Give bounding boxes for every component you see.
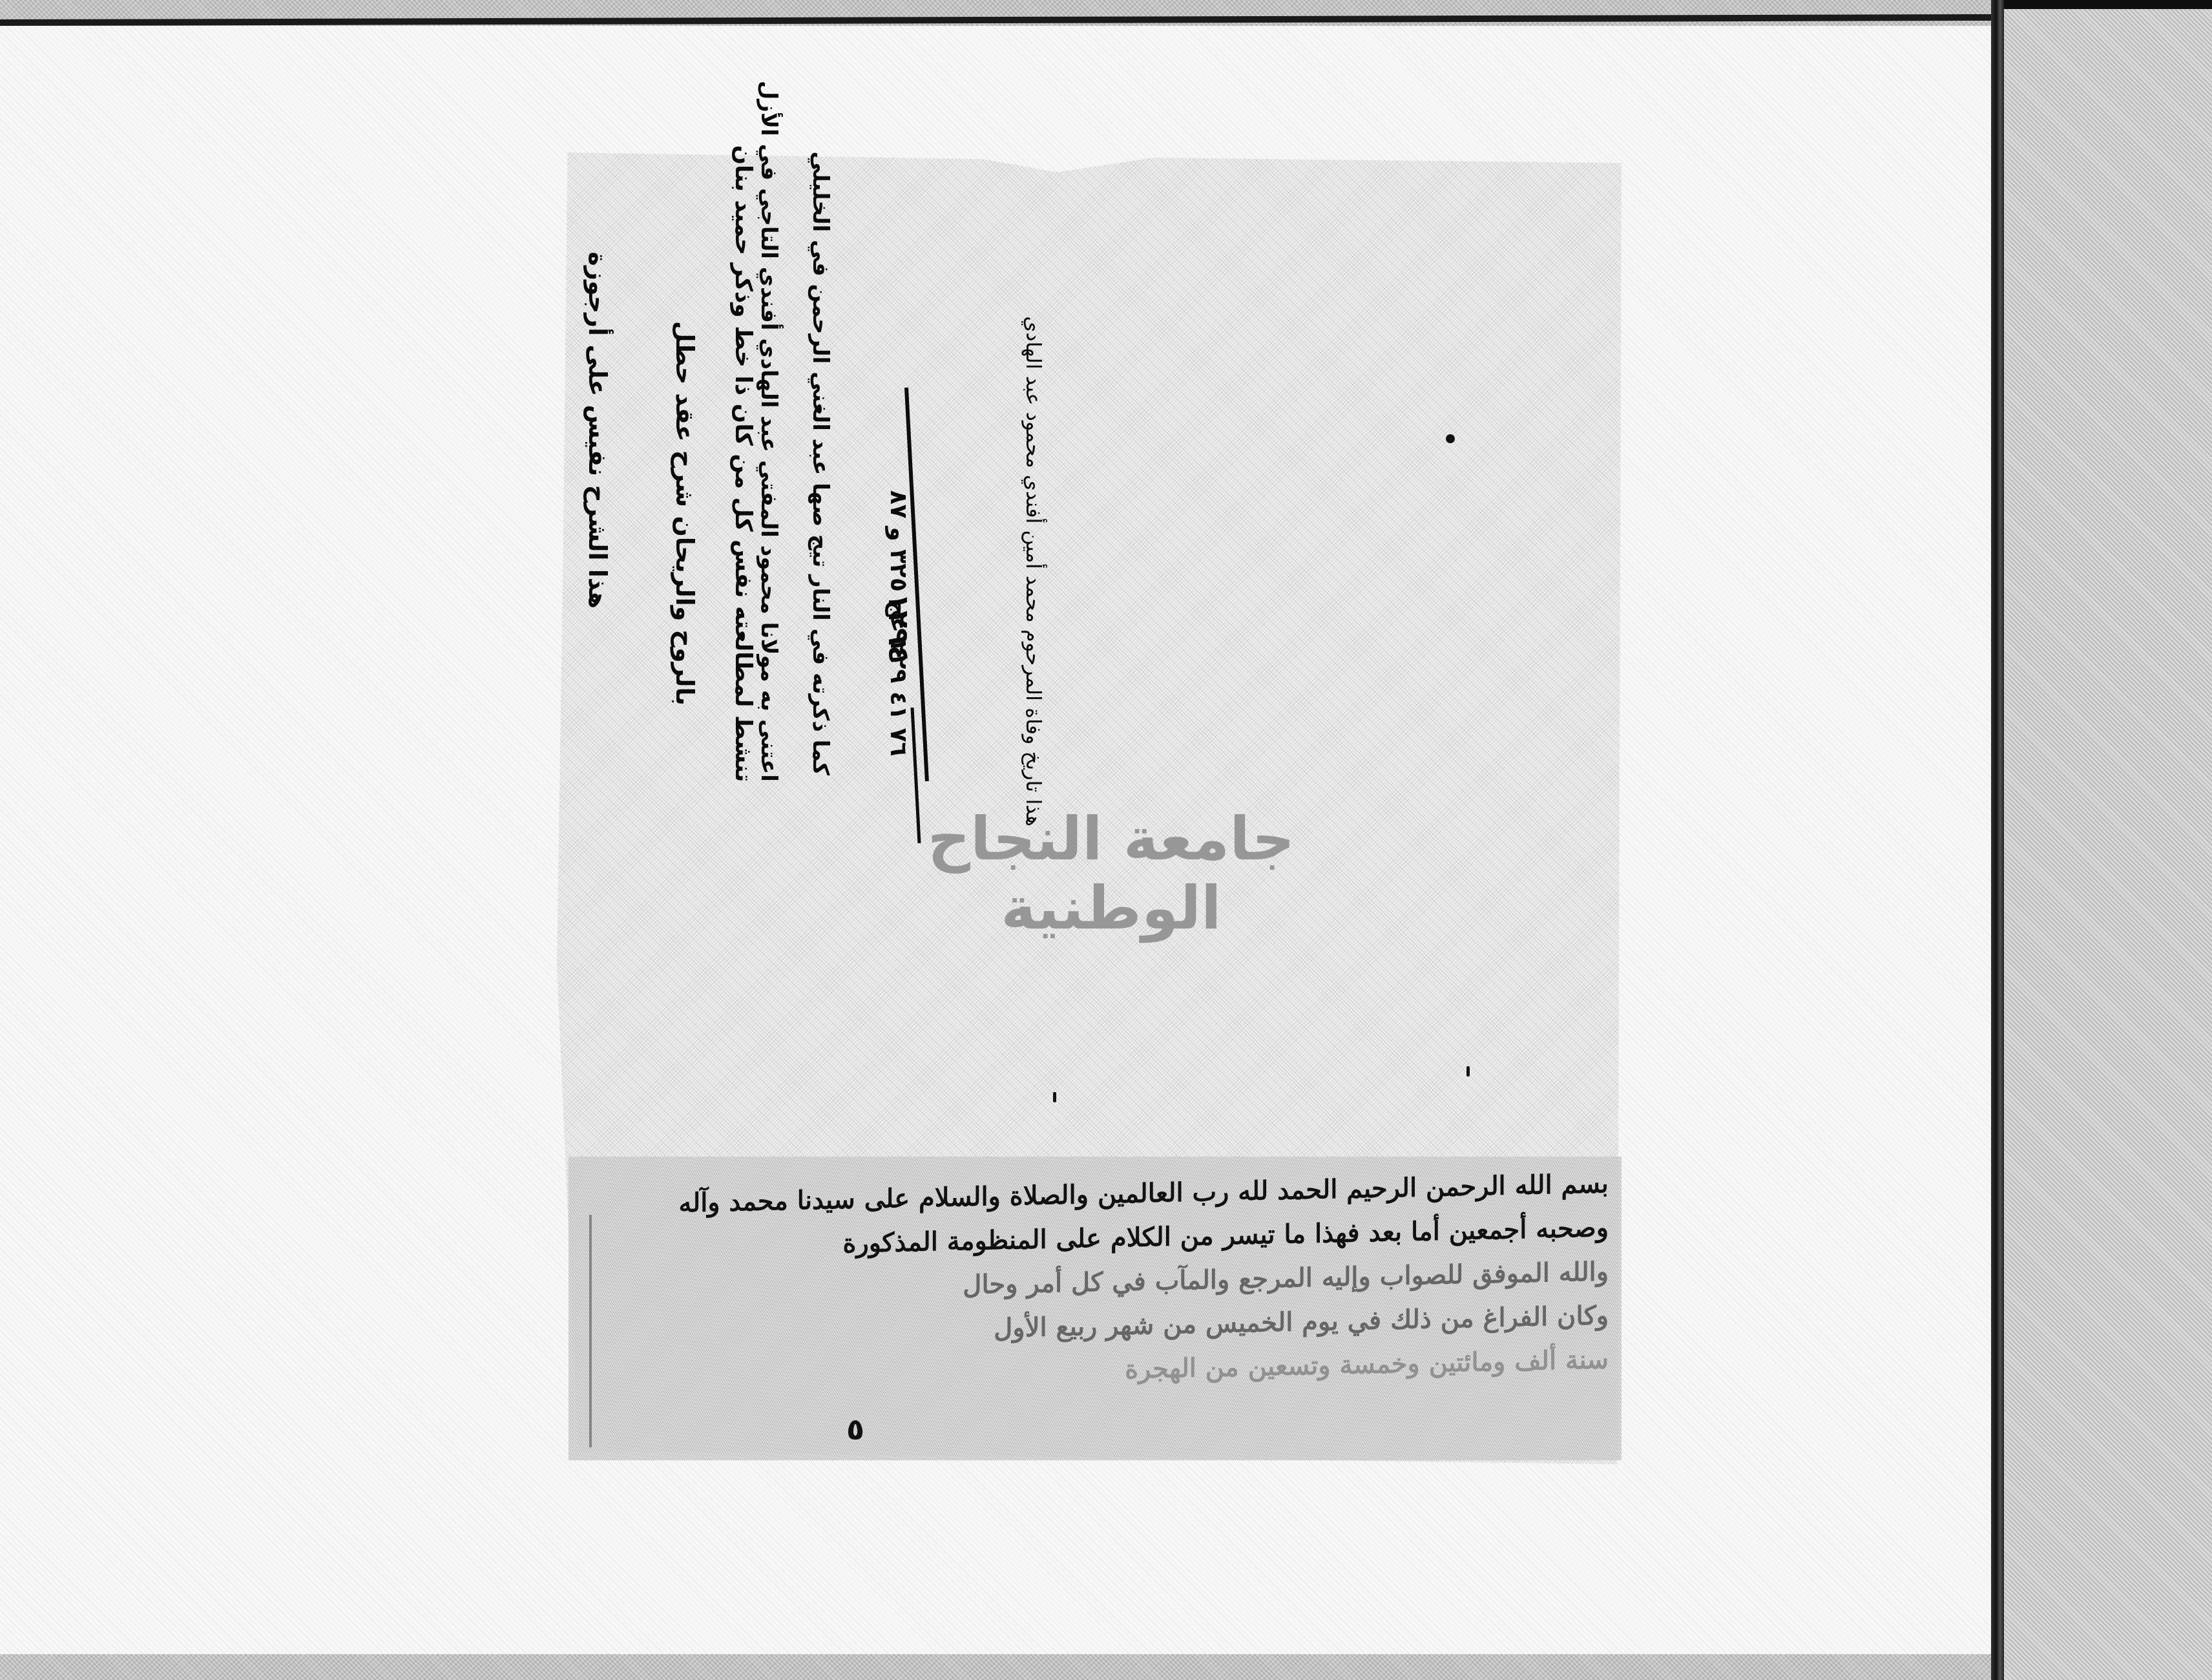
adjacent-page-strip bbox=[2004, 0, 2212, 1680]
year-number: ١٢٩٤ bbox=[882, 534, 915, 663]
annotation-line-4: اعتنى به مولانا محمود المفتي عبد الهادي … bbox=[756, 149, 782, 782]
annotation-line-3: تنشط لمطالعته نفس كل من كان ذا خط وذكر ح… bbox=[730, 149, 756, 782]
death-date-note: هذا تاريخ وفاة المرحوم محمد أمين أفندي م… bbox=[1021, 180, 1046, 826]
annotation-line-5: كما ذكرته في النار تيج صها عبد الغني الر… bbox=[808, 155, 833, 775]
annotation-line-1: هذا الشرح نفيس على أرجوزة bbox=[583, 156, 612, 609]
annotation-reference-numbers: ٧٦ ٤١ ٢٢٩ عج ٣٢٥ و ٨٧ bbox=[885, 175, 912, 757]
university-watermark: جامعة النجاح الوطنية bbox=[879, 804, 1344, 943]
annotation-line-2: بالروح والريحان شرح عقد حطل bbox=[671, 176, 699, 706]
ink-speck bbox=[1446, 434, 1455, 443]
marginal-mark: ٥ bbox=[846, 1412, 864, 1447]
ink-speck bbox=[1053, 1092, 1056, 1102]
ink-speck bbox=[1466, 1066, 1470, 1076]
book-spine-frame bbox=[1991, 0, 2004, 1680]
lower-text-block: بسم الله الرحمن الرحيم الحمد لله رب العا… bbox=[575, 1173, 1609, 1392]
adjacent-page-top-edge bbox=[2004, 0, 2212, 9]
